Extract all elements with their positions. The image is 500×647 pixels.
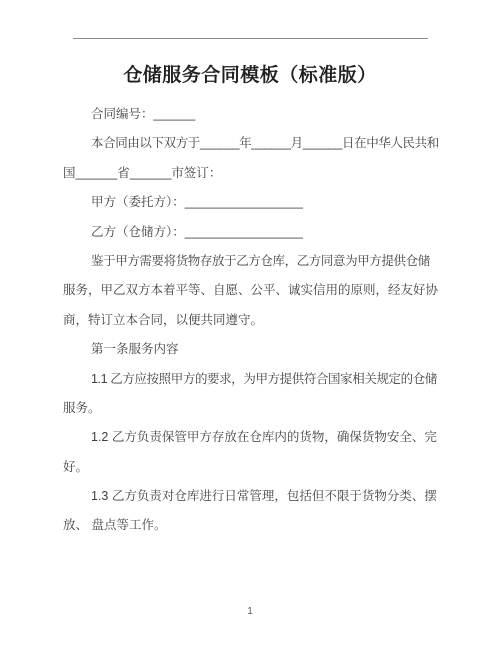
contract-line-preamble: 鉴于甲方需要将货物存放于乙方仓库，乙方同意为甲方提供仓储 <box>63 247 438 276</box>
page-number: 1 <box>0 606 500 617</box>
contract-line-party-a: 甲方（委托方）：_________________ <box>63 188 438 217</box>
contract-line-preamble: 服务，甲乙双方本着平等、自愿、公平、诚实信用的原则，经友好协 <box>63 276 438 305</box>
contract-line-clause-heading: 第一条服务内容 <box>63 335 438 364</box>
contract-line-number: 合同编号：______ <box>63 100 438 129</box>
contract-line-date: 本合同由以下双方于______年______月______日在中华人民共和 <box>63 129 438 158</box>
document-page: 仓储服务合同模板（标准版） 合同编号：______ 本合同由以下双方于_____… <box>0 0 500 647</box>
contract-line-1-2: 1.2 乙方负责保管甲方存放在仓库内的货物，确保货物安全、完 <box>63 423 438 452</box>
contract-line-1-3: 1.3 乙方负责对仓库进行日常管理，包括但不限于货物分类、摆 <box>63 482 438 511</box>
contract-line-1-2: 好。 <box>63 453 438 482</box>
header-rule <box>73 38 428 39</box>
contract-line-party-b: 乙方（仓储方）：_________________ <box>63 218 438 247</box>
document-title: 仓储服务合同模板（标准版） <box>0 62 500 90</box>
contract-line-1-3: 放、 盘点等工作。 <box>63 511 438 540</box>
contract-line-1-1: 1.1 乙方应按照甲方的要求，为甲方提供符合国家相关规定的仓储 <box>63 365 438 394</box>
document-body: 合同编号：______ 本合同由以下双方于______年______月_____… <box>63 100 438 541</box>
contract-line-preamble: 商，特订立本合同，以便共同遵守。 <box>63 306 438 335</box>
contract-line-place: 国______省______市签订： <box>63 159 438 188</box>
contract-line-1-1: 服务。 <box>63 394 438 423</box>
